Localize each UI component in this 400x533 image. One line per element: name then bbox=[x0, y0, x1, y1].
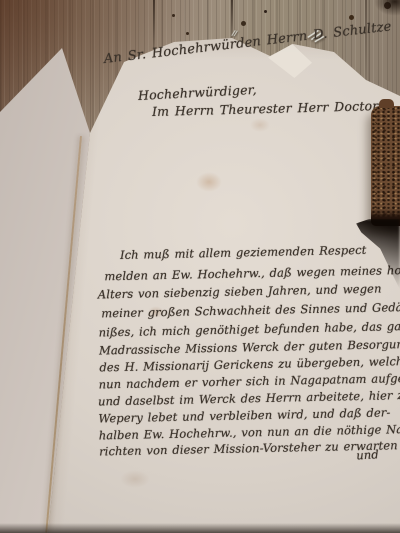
letter-body: Ich muß mit allem geziemenden Respect me… bbox=[0, 0, 400, 533]
catchword: und bbox=[356, 447, 379, 462]
photo-scene: An Sr. Hochehrwürden Herrn D. Schultze H… bbox=[0, 0, 400, 533]
body-line: Alters von siebenzig sieben Jahren, und … bbox=[98, 282, 382, 302]
body-line: Ich muß mit allem geziemenden Respect bbox=[120, 243, 367, 262]
page-bottom-shading bbox=[0, 523, 400, 533]
body-line: melden an Ew. Hochehrw., daß wegen meine… bbox=[104, 263, 400, 284]
body-line: meiner großen Schwachheit des Sinnes und… bbox=[101, 300, 400, 321]
body-line: nißes, ich mich genöthiget befunden habe… bbox=[98, 319, 400, 340]
bread-like-object bbox=[371, 106, 400, 226]
